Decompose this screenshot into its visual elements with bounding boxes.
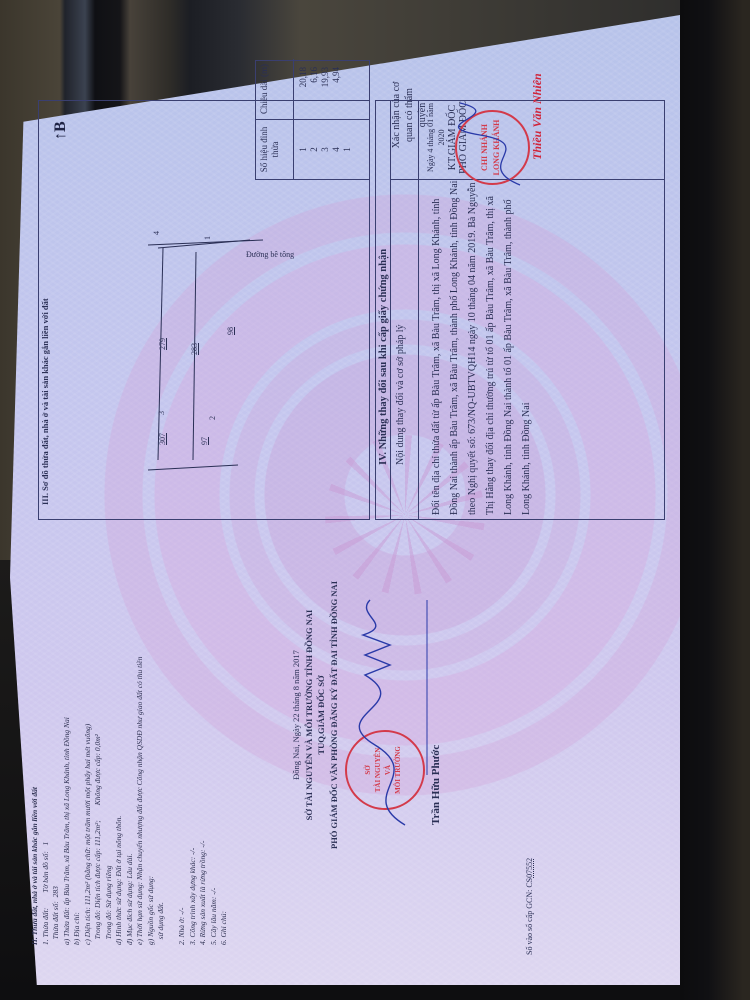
- section-ii-line: b) Địa chỉ:: [72, 525, 83, 945]
- certificate-serial: Số vào sổ cấp GCN: CS07552: [525, 858, 534, 955]
- section-ii-line: Trong đó: Diện tích được cấp: 111,2m²; K…: [93, 525, 104, 945]
- certificate-content: II. Thửa đất, nhà ở và tài sản khác gắn …: [10, 15, 680, 985]
- photo-background-right: [680, 0, 750, 1000]
- section-ii-line: Trong đó: Sử dụng riêng: [104, 525, 115, 945]
- section-ii-line: 1. Thửa đất: Tờ bản đồ số: 1: [41, 525, 52, 945]
- point-4: 4: [152, 231, 161, 235]
- section-iv-col-confirm: Xác nhận của cơ quan có thẩm quyền: [390, 80, 429, 150]
- section-ii-line: 4. Rừng sản xuất là rừng trồng: -/-: [198, 525, 209, 945]
- point-1: 1: [203, 236, 212, 240]
- left-date-line: Đồng Nai, Ngày 22 tháng 8 năm 2017: [290, 535, 303, 895]
- point-2: 2: [208, 416, 217, 420]
- point-3: 3: [157, 411, 166, 415]
- boundary-length-table: Số hiệu đỉnh thửa 12341 Chiều dài (m) 20…: [255, 60, 370, 180]
- left-signature-block: Đồng Nai, Ngày 22 tháng 8 năm 2017 SỞ TÀ…: [290, 535, 340, 895]
- section-ii-line: d) Hình thức sử dụng: Đất ở tại nông thô…: [114, 525, 125, 945]
- section-ii-line: c) Diện tích: 111,2m² (bằng chữ: một tră…: [83, 525, 94, 945]
- left-signature-scribble-icon: [335, 595, 435, 835]
- table-col-point: Số hiệu đỉnh thửa 12341: [256, 119, 369, 179]
- section-ii-line: g) Nguồn gốc sử dụng:: [146, 525, 157, 945]
- table-cell-point: 1: [342, 120, 353, 179]
- section-iv-title: IV. Những thay đổi sau khi cấp giấy chứn…: [378, 249, 389, 465]
- section-ii-line: Thửa đất số: 283: [51, 525, 62, 945]
- section-iv-col-content: Nội dung thay đổi và cơ sở pháp lý: [395, 324, 406, 465]
- table-header-point: Số hiệu đỉnh thửa: [256, 120, 294, 179]
- table-cell-point: 1: [298, 120, 309, 179]
- right-signer-name: Thiều Văn Nhiên: [530, 73, 545, 160]
- section-ii-line: 5. Cây lâu năm: -/-: [209, 525, 220, 945]
- section-ii-line: 6. Ghi chú:: [219, 525, 230, 945]
- section-ii-line: sử dụng đất.: [156, 525, 167, 945]
- left-signer-name: Trần Hữu Phước: [430, 745, 442, 825]
- table-cell-point: 4: [331, 120, 342, 179]
- section-iv-body: Đổi tên địa chỉ thửa đất từ ấp Bàu Trâm,…: [428, 180, 536, 515]
- section-ii-title: II. Thửa đất, nhà ở và tài sản khác gắn …: [30, 525, 41, 945]
- table-cell-length: 4,94: [331, 67, 342, 119]
- section-ii-line: e) Thời hạn sử dụng: Nhận chuyển nhượng …: [135, 525, 146, 945]
- parcel-number-279: 279: [158, 338, 167, 350]
- section-ii: II. Thửa đất, nhà ở và tài sản khác gắn …: [30, 525, 230, 945]
- table-cell-length: 19,93: [320, 67, 331, 119]
- table-cell-point: 2: [309, 120, 320, 179]
- parcel-number-97: 97: [200, 437, 209, 445]
- section-ii-lines: 1. Thửa đất: Tờ bản đồ số: 1 Thửa đất số…: [41, 525, 230, 945]
- section-ii-line: đ) Mục đích sử dụng: Lâu dài.: [125, 525, 136, 945]
- section-ii-line: [167, 525, 178, 945]
- section-ii-line: 3. Công trình xây dựng khác: -/-: [188, 525, 199, 945]
- left-org: SỞ TÀI NGUYÊN VÀ MÔI TRƯỜNG TỈNH ĐỒNG NA…: [303, 535, 316, 895]
- section-ii-line: a) Thửa đất: ấp Bàu Trâm, xã Bàu Trâm, t…: [62, 525, 73, 945]
- table-cell-length: 6,16: [309, 67, 320, 119]
- table-header-length: Chiều dài (m): [256, 59, 294, 119]
- table-point-values: 12341: [294, 120, 353, 179]
- table-length-values: 20,186,1619,934,94: [294, 59, 353, 119]
- road-label: Đường bê tông: [246, 250, 294, 259]
- parcel-number-98: 98: [226, 327, 235, 335]
- left-role1: TUQ.GIÁM ĐỐC SỞ: [315, 535, 328, 895]
- table-cell-length: [342, 67, 353, 119]
- section-iv-divider-2: [418, 100, 419, 520]
- section-ii-line: 2. Nhà ở: -/-: [177, 525, 188, 945]
- parcel-number-main: 283: [190, 343, 199, 355]
- table-cell-length: 20,18: [298, 67, 309, 119]
- table-col-length: Chiều dài (m) 20,186,1619,934,94: [256, 59, 369, 119]
- table-cell-point: 3: [320, 120, 331, 179]
- section-iv-divider: [390, 100, 391, 520]
- parcel-number-307: 307: [158, 433, 167, 445]
